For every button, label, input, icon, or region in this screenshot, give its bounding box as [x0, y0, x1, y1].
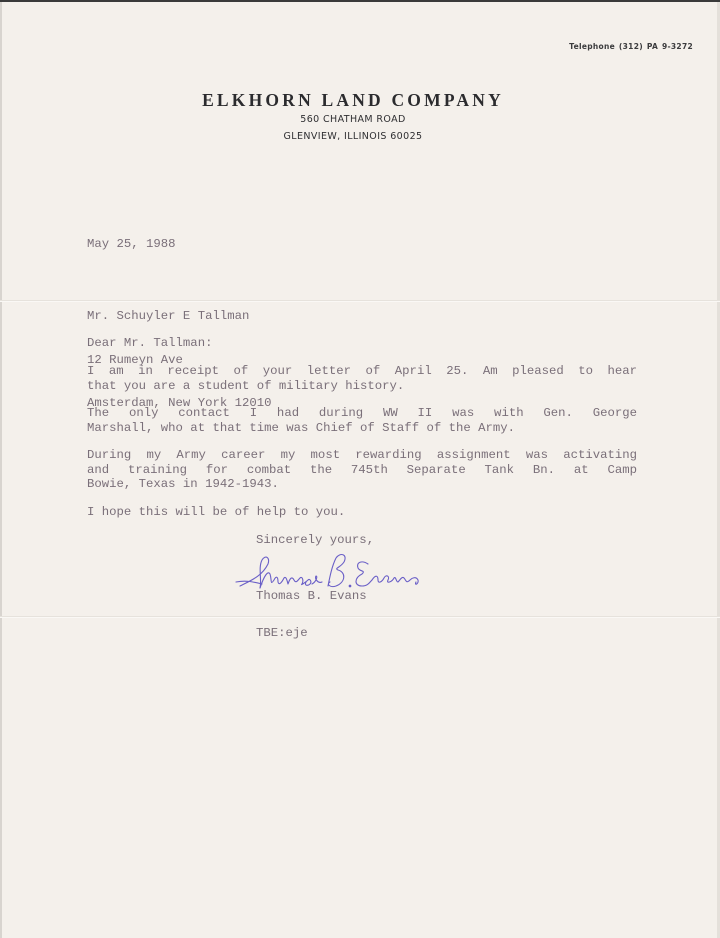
paragraph-line: Marshall, who at that time was Chief of …	[87, 421, 637, 436]
paragraph-line: During my Army career my most rewarding …	[87, 448, 637, 463]
paragraph-2: The only contact I had during WW II was …	[87, 406, 637, 435]
paragraph-line: and training for combat the 745th Separa…	[87, 463, 637, 478]
page-edge-left	[0, 2, 2, 938]
paragraph-line: The only contact I had during WW II was …	[87, 406, 637, 421]
paragraph-1: I am in receipt of your letter of April …	[87, 364, 637, 393]
paragraph-line: I am in receipt of your letter of April …	[87, 364, 637, 379]
reference-initials: TBE:eje	[256, 626, 308, 641]
paragraph-line: that you are a student of military histo…	[87, 379, 637, 394]
letterhead-address-line2: GLENVIEW, ILLINOIS 60025	[0, 131, 706, 142]
letter-date: May 25, 1988	[87, 237, 176, 252]
paragraph-line: Bowie, Texas in 1942-1943.	[87, 477, 637, 492]
letterhead-telephone: Telephone (312) PA 9-3272	[569, 42, 693, 51]
paragraph-3: During my Army career my most rewarding …	[87, 448, 637, 492]
salutation: Dear Mr. Tallman:	[87, 336, 212, 351]
letter-page: Telephone (312) PA 9-3272 ELKHORN LAND C…	[0, 0, 720, 938]
recipient-name: Mr. Schuyler E Tallman	[87, 309, 271, 324]
letterhead-company-name: ELKHORN LAND COMPANY	[0, 90, 706, 111]
signer-name: Thomas B. Evans	[256, 589, 367, 604]
letterhead-address-line1: 560 CHATHAM ROAD	[0, 114, 706, 125]
paragraph-4: I hope this will be of help to you.	[87, 505, 345, 520]
fold-line	[0, 616, 720, 617]
